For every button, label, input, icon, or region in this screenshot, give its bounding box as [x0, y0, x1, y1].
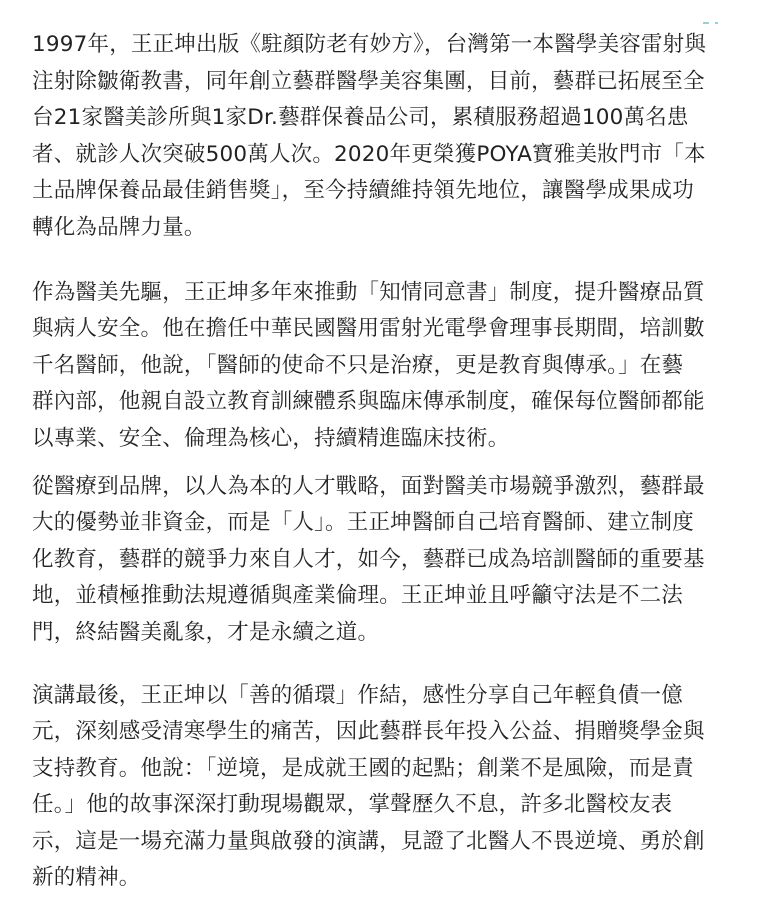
paragraph-publishing-history: 1997年，王正坤出版《駐顏防老有妙方》，台灣第一本醫學美容雷射與 注射除皺衛教…	[32, 27, 732, 247]
article-body: 1997年，王正坤出版《駐顏防老有妙方》，台灣第一本醫學美容雷射與 注射除皺衛教…	[32, 27, 732, 897]
text-line: 門，終結醫美亂象，才是永續之道。	[32, 615, 732, 652]
paragraph-closing-speech: 演講最後，王正坤以「善的循環」作結，感性分享自己年輕負債一億 元，深刻感受清寒學…	[32, 678, 732, 898]
text-line: 示，這是一場充滿力量與啟發的演講，見證了北醫人不畏逆境、勇於創	[32, 824, 732, 861]
text-line: 與病人安全。他在擔任中華民國醫用雷射光電學會理事長期間，培訓數	[32, 311, 732, 348]
text-line: 者、就診人次突破500萬人次。2020年更榮獲POYA寶雅美妝門市「本	[32, 137, 732, 174]
text-line: 千名醫師，他說，「醫師的使命不只是治療，更是教育與傳承。」在藝	[32, 348, 732, 385]
text-line: 土品牌保養品最佳銷售獎」，至今持續維持領先地位，讓醫學成果成功	[32, 173, 732, 210]
text-line: 注射除皺衛教書，同年創立藝群醫學美容集團，目前，藝群已拓展至全	[32, 64, 732, 101]
text-line: 化教育，藝群的競爭力來自人才，如今，藝群已成為培訓醫師的重要基	[32, 542, 732, 579]
text-line: 1997年，王正坤出版《駐顏防老有妙方》，台灣第一本醫學美容雷射與	[32, 27, 732, 64]
text-line: 大的優勢並非資金，而是「人」。王正坤醫師自己培育醫師、建立制度	[32, 505, 732, 542]
text-line: 轉化為品牌力量。	[32, 210, 732, 247]
text-line: 以專業、安全、倫理為核心，持續精進臨床技術。	[32, 421, 732, 458]
text-line: 從醫療到品牌，以人為本的人才戰略，面對醫美市場競爭激烈，藝群最	[32, 469, 732, 506]
text-line: 新的精神。	[32, 860, 732, 897]
fragment-dash	[703, 22, 709, 24]
text-line: 台21家醫美診所與1家Dr.藝群保養品公司，累積服務超過100萬名患	[32, 100, 732, 137]
text-line: 支持教育。他說：「逆境，是成就王國的起點；創業不是風險，而是責	[32, 751, 732, 788]
text-line: 地，並積極推動法規遵循與產業倫理。王正坤並且呼籲守法是不二法	[32, 578, 732, 615]
text-line: 作為醫美先驅，王正坤多年來推動「知情同意書」制度，提升醫療品質	[32, 275, 732, 312]
paragraph-pioneer-education: 作為醫美先驅，王正坤多年來推動「知情同意書」制度，提升醫療品質 與病人安全。他在…	[32, 275, 732, 458]
paragraph-talent-strategy: 從醫療到品牌，以人為本的人才戰略，面對醫美市場競爭激烈，藝群最 大的優勢並非資金…	[32, 469, 732, 652]
fragment-dot	[715, 22, 718, 24]
text-line: 元，深刻感受清寒學生的痛苦，因此藝群長年投入公益、捐贈獎學金與	[32, 714, 732, 751]
partial-ui-fragment	[703, 22, 719, 26]
text-line: 任。」他的故事深深打動現場觀眾，掌聲歷久不息，許多北醫校友表	[32, 787, 732, 824]
text-line: 演講最後，王正坤以「善的循環」作結，感性分享自己年輕負債一億	[32, 678, 732, 715]
text-line: 群內部，他親自設立教育訓練體系與臨床傳承制度，確保每位醫師都能	[32, 384, 732, 421]
